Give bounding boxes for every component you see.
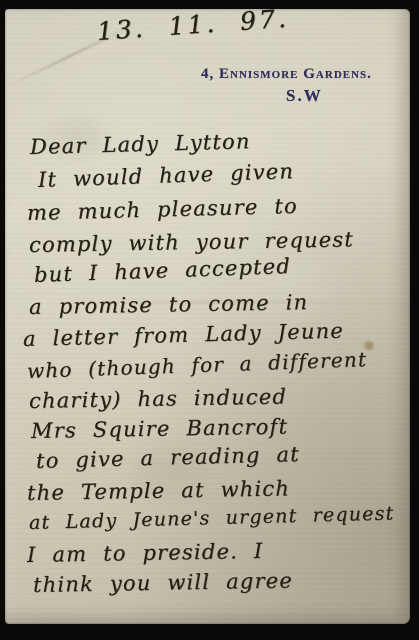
letter-photo: 13. 11. 97. 4, Ennismore Gardens. S.W De… bbox=[0, 0, 419, 640]
handwriting-line: a letter from Lady Jeune bbox=[23, 318, 345, 352]
handwriting-line: It would have given bbox=[38, 158, 295, 193]
handwriting-line: me much pleasure to bbox=[27, 193, 298, 226]
handwriting-line: I am to preside. I bbox=[27, 538, 264, 568]
letter-paper: 13. 11. 97. 4, Ennismore Gardens. S.W De… bbox=[5, 9, 410, 624]
handwriting-line: charity) has induced bbox=[29, 383, 287, 414]
handwriting-line: the Temple at which bbox=[27, 475, 290, 506]
salutation-line: Dear Lady Lytton bbox=[30, 128, 251, 160]
handwriting-line: a promise to come in bbox=[29, 289, 309, 320]
handwriting-line: think you will agree bbox=[33, 567, 293, 598]
handwriting-line: Mrs Squire Bancroft bbox=[31, 414, 289, 444]
handwriting-line: who (though for a different bbox=[27, 346, 368, 384]
letterhead-address: 4, Ennismore Gardens. bbox=[201, 66, 372, 83]
letter-date: 13. 11. 97. bbox=[96, 9, 290, 45]
handwriting-line: comply with your request bbox=[29, 226, 354, 258]
handwriting-line: to give a reading at bbox=[36, 441, 300, 474]
letterhead-district: S.W bbox=[286, 86, 323, 106]
handwriting-line: at Lady Jeune's urgent request bbox=[29, 500, 395, 536]
handwriting-line: but I have accepted bbox=[34, 253, 292, 288]
